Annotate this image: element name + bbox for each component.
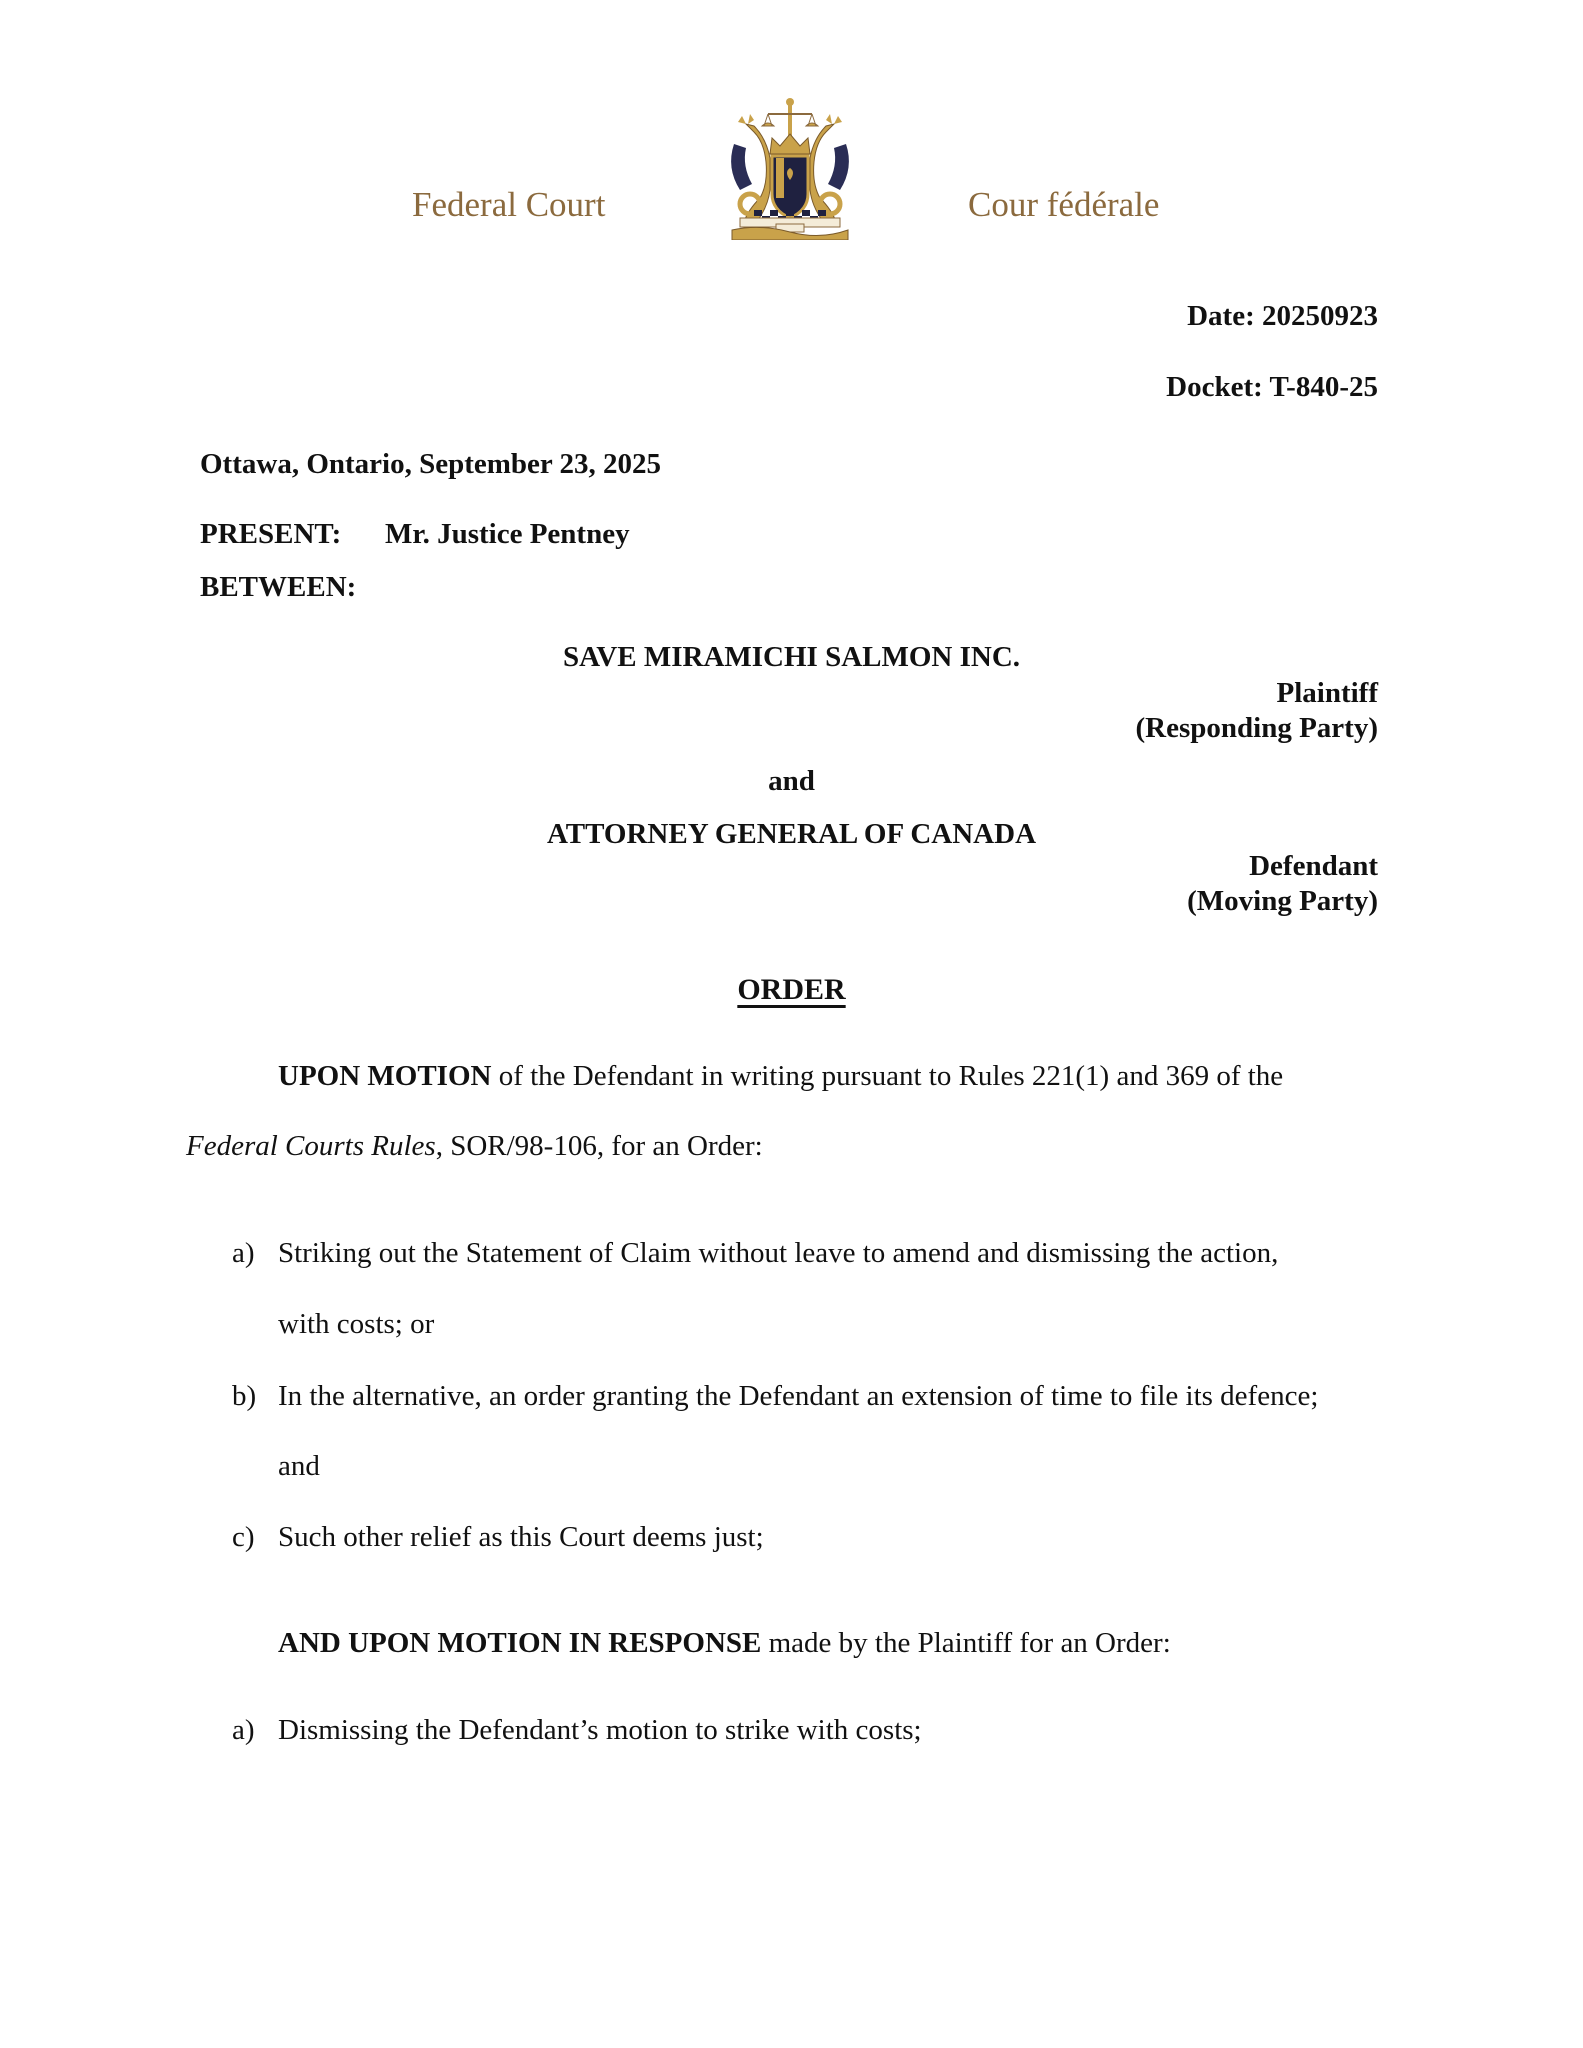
court-name-english: Federal Court [412, 187, 605, 222]
motion-intro-bold: UPON MOTION [278, 1060, 491, 1092]
list-item-marker: a) [232, 1716, 255, 1745]
statute-name: Federal Courts Rules [186, 1130, 436, 1162]
docket-number: Docket: T-840-25 [1166, 373, 1378, 402]
list-item-marker: a) [232, 1239, 255, 1268]
list-item: In the alternative, an order granting th… [278, 1382, 1318, 1411]
list-item-continuation: with costs; or [278, 1310, 434, 1339]
list-item-marker: c) [232, 1523, 255, 1552]
list-item: Such other relief as this Court deems ju… [278, 1523, 764, 1552]
motion-intro-text: of the Defendant in writing pursuant to … [491, 1060, 1283, 1092]
response-intro-bold: AND UPON MOTION IN RESPONSE [278, 1627, 761, 1659]
between-label: BETWEEN: [200, 573, 356, 602]
plaintiff-role: Plaintiff [1277, 679, 1379, 708]
response-intro: AND UPON MOTION IN RESPONSE made by the … [278, 1629, 1171, 1658]
motion-intro-line1: UPON MOTION of the Defendant in writing … [278, 1062, 1283, 1091]
document-date: Date: 20250923 [1187, 302, 1378, 331]
order-title: ORDER [0, 973, 1583, 1007]
motion-intro-line2: Federal Courts Rules, SOR/98-106, for an… [186, 1132, 763, 1161]
court-name-french: Cour fédérale [968, 187, 1159, 222]
list-item-marker: b) [232, 1382, 256, 1411]
list-item-continuation: and [278, 1452, 320, 1481]
list-item: Dismissing the Defendant’s motion to str… [278, 1716, 922, 1745]
parties-conjunction: and [0, 767, 1583, 796]
defendant-name: ATTORNEY GENERAL OF CANADA [0, 820, 1583, 849]
coat-of-arms-icon [724, 98, 856, 240]
list-item: Striking out the Statement of Claim with… [278, 1239, 1278, 1268]
response-intro-text: made by the Plaintiff for an Order: [761, 1627, 1170, 1659]
presiding-judge: Mr. Justice Pentney [385, 520, 630, 549]
present-label: PRESENT: [200, 520, 341, 549]
plaintiff-name: SAVE MIRAMICHI SALMON INC. [0, 643, 1583, 672]
defendant-role: Defendant [1249, 852, 1378, 881]
motion-intro-text2: , SOR/98-106, for an Order: [436, 1130, 763, 1162]
place-and-date: Ottawa, Ontario, September 23, 2025 [200, 450, 661, 479]
plaintiff-subrole: (Responding Party) [1136, 714, 1378, 743]
defendant-subrole: (Moving Party) [1187, 887, 1378, 916]
